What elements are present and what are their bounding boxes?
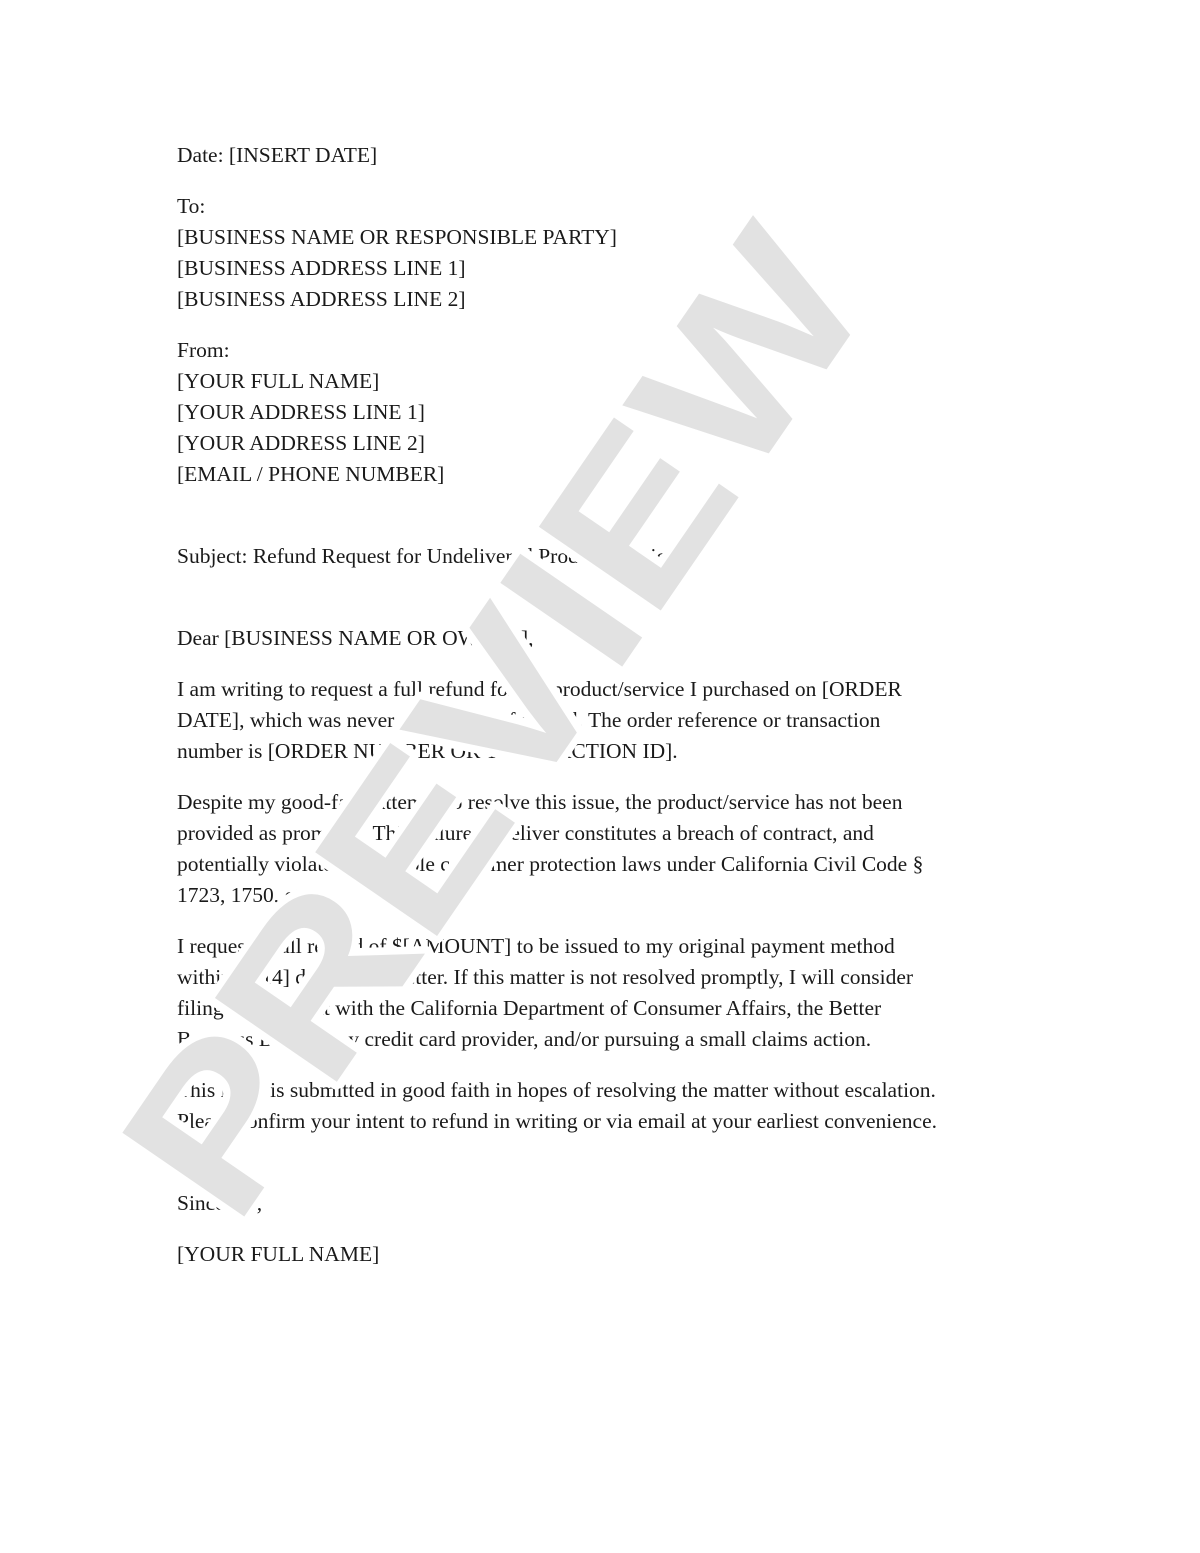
recipient-address-line-1: [BUSINESS ADDRESS LINE 1]	[177, 253, 1017, 284]
paragraph-2: Despite my good-faith attempt to resolve…	[177, 787, 1017, 911]
paragraph-line: Business Bureau, my credit card provider…	[177, 1024, 1017, 1055]
paragraph-line: within [7/14] days of this letter. If th…	[177, 962, 1017, 993]
paragraph-line: Despite my good-faith attempt to resolve…	[177, 787, 1017, 818]
paragraph-line: provided as promised. This failure to de…	[177, 818, 1017, 849]
paragraph-line: I am writing to request a full refund fo…	[177, 674, 1017, 705]
paragraph-line: DATE], which was never delivered or fulf…	[177, 705, 1017, 736]
recipient-address-line-2: [BUSINESS ADDRESS LINE 2]	[177, 284, 1017, 315]
paragraph-4: This letter is submitted in good faith i…	[177, 1075, 1017, 1137]
paragraph-line: Please confirm your intent to refund in …	[177, 1106, 1017, 1137]
date-line: Date: [INSERT DATE]	[177, 140, 1017, 171]
paragraph-line: filing a complaint with the California D…	[177, 993, 1017, 1024]
document-page: Date: [INSERT DATE] To: [BUSINESS NAME O…	[0, 0, 1200, 1553]
paragraph-line: number is [ORDER NUMBER OR TRANSACTION I…	[177, 736, 1017, 767]
subject-line: Subject: Refund Request for Undelivered …	[177, 541, 1017, 572]
paragraph-1: I am writing to request a full refund fo…	[177, 674, 1017, 767]
sender-name: [YOUR FULL NAME]	[177, 366, 1017, 397]
sender-label: From:	[177, 335, 1017, 366]
paragraph-3: I request a full refund of $[AMOUNT] to …	[177, 931, 1017, 1055]
paragraph-line: I request a full refund of $[AMOUNT] to …	[177, 931, 1017, 962]
recipient-block: To: [BUSINESS NAME OR RESPONSIBLE PARTY]…	[177, 191, 1017, 315]
paragraph-line: potentially violates applicable consumer…	[177, 849, 1017, 880]
sender-contact: [EMAIL / PHONE NUMBER]	[177, 459, 1017, 490]
recipient-label: To:	[177, 191, 1017, 222]
sender-block: From: [YOUR FULL NAME] [YOUR ADDRESS LIN…	[177, 335, 1017, 490]
paragraph-line: 1723, 1750, et seq.	[177, 880, 1017, 911]
signature-name: [YOUR FULL NAME]	[177, 1239, 1017, 1270]
closing: Sincerely,	[177, 1188, 1017, 1219]
letter-body: Date: [INSERT DATE] To: [BUSINESS NAME O…	[177, 140, 1017, 1270]
paragraph-line: This letter is submitted in good faith i…	[177, 1075, 1017, 1106]
salutation: Dear [BUSINESS NAME OR OWNER],	[177, 623, 1017, 654]
sender-address-line-1: [YOUR ADDRESS LINE 1]	[177, 397, 1017, 428]
recipient-name: [BUSINESS NAME OR RESPONSIBLE PARTY]	[177, 222, 1017, 253]
sender-address-line-2: [YOUR ADDRESS LINE 2]	[177, 428, 1017, 459]
